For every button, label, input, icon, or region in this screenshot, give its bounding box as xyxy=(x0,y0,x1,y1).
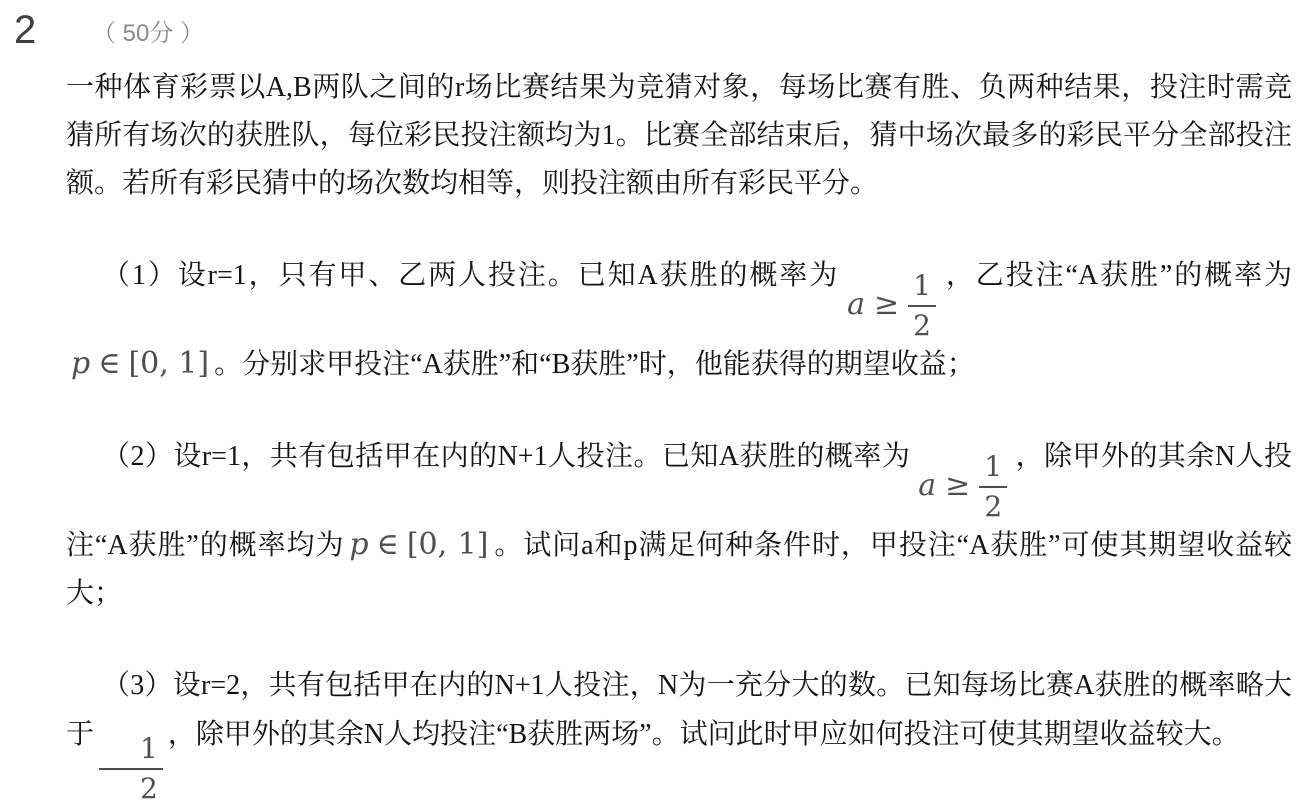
question-points: （ 50分 ） xyxy=(92,20,204,49)
fraction-one-half: 12 xyxy=(99,733,163,803)
fraction-numerator: 1 xyxy=(979,451,1007,488)
interval-zero-one: [0, 1] xyxy=(407,527,489,562)
element-of-symbol: ∈ xyxy=(377,527,399,562)
math-p-in-interval: p∈[0, 1] xyxy=(349,527,488,562)
math-a-geq-half: a≥12 xyxy=(847,270,936,340)
question-content: 一种体育彩票以A,B两队之间的r场比赛结果为竞猜对象，每场比赛有胜、负两种结果，… xyxy=(0,0,1302,803)
math-variable-a: a xyxy=(918,462,936,510)
part-1-text-segment: 。分别求甲投注“A获胜”和“B获胜”时，他能获得的期望收益； xyxy=(214,349,975,380)
geq-symbol: ≥ xyxy=(874,281,899,329)
math-variable-p: p xyxy=(71,346,90,381)
part-1-text-segment: ，乙投注“A获胜”的概率为 xyxy=(944,260,1292,291)
fraction-one-half: 12 xyxy=(908,270,936,340)
part-2-text-segment: （2）设r=1，共有包括甲在内的N+1人投注。已知A获胜的概率为 xyxy=(102,441,910,472)
math-p-in-interval: p∈[0, 1] xyxy=(71,346,209,381)
math-variable-p: p xyxy=(349,527,368,562)
math-a-geq-half: a≥12 xyxy=(918,451,1007,521)
part-3-paragraph: （3）设r=2，共有包括甲在内的N+1人投注，N为一充分大的数。已知每场比赛A获… xyxy=(66,662,1292,803)
fraction-numerator: 1 xyxy=(908,270,936,307)
intro-text: 一种体育彩票以A,B两队之间的r场比赛结果为竞猜对象，每场比赛有胜、负两种结果，… xyxy=(66,72,1292,199)
fraction-denominator: 2 xyxy=(104,770,158,803)
part-1-paragraph: （1）设r=1，只有甲、乙两人投注。已知A获胜的概率为a≥12，乙投注“A获胜”… xyxy=(66,252,1292,389)
exam-problem-page: 2 （ 50分 ） 一种体育彩票以A,B两队之间的r场比赛结果为竞猜对象，每场比… xyxy=(0,0,1302,812)
question-number: 2 xyxy=(14,10,36,50)
element-of-symbol: ∈ xyxy=(98,346,120,381)
fraction-numerator: 1 xyxy=(99,733,163,770)
fraction-denominator: 2 xyxy=(913,307,931,340)
fraction-denominator: 2 xyxy=(984,488,1002,521)
geq-symbol: ≥ xyxy=(945,462,970,510)
part-1-text-segment: （1）设r=1，只有甲、乙两人投注。已知A获胜的概率为 xyxy=(102,260,839,291)
part-2-paragraph: （2）设r=1，共有包括甲在内的N+1人投注。已知A获胜的概率为a≥12，除甲外… xyxy=(66,433,1292,618)
interval-zero-one: [0, 1] xyxy=(128,346,209,381)
part-3-text-segment: ，除甲外的其余N人均投注“B获胜两场”。试问此时甲应如何投注可使其期望收益较大。 xyxy=(168,719,1240,750)
intro-paragraph: 一种体育彩票以A,B两队之间的r场比赛结果为竞猜对象，每场比赛有胜、负两种结果，… xyxy=(66,64,1292,208)
fraction-one-half: 12 xyxy=(979,451,1007,521)
math-variable-a: a xyxy=(847,281,865,329)
math-one-half: 12 xyxy=(99,716,163,751)
